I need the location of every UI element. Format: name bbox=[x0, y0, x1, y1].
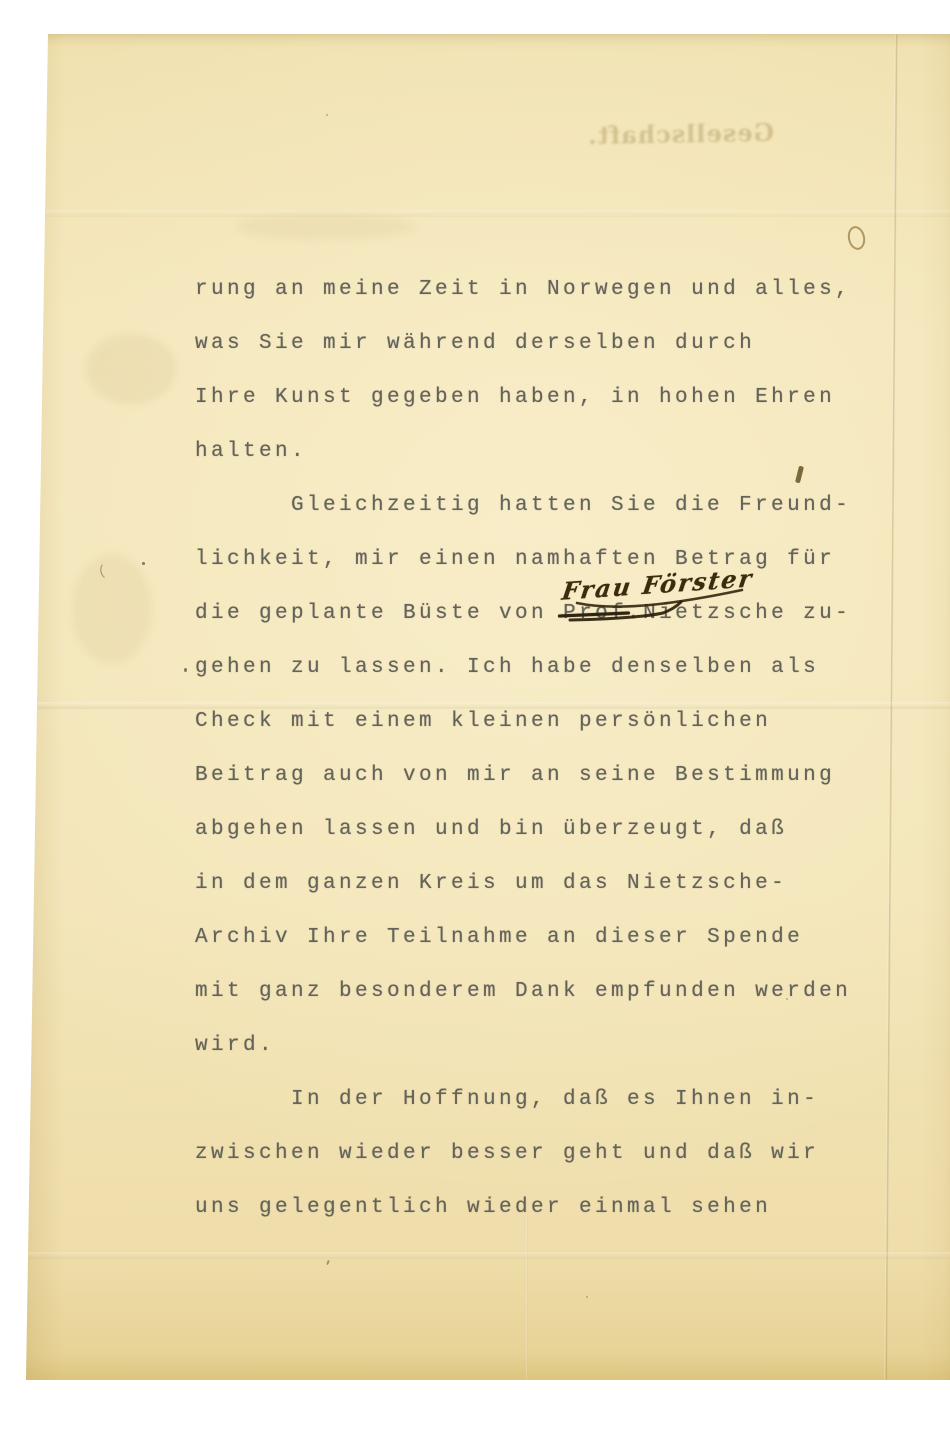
bleed-through-smudge bbox=[86, 334, 176, 404]
fold-crease-horizontal-bottom bbox=[26, 1252, 950, 1259]
letter-line: halten. bbox=[195, 425, 915, 479]
bleed-through-smudge bbox=[72, 554, 152, 664]
stray-ink-dot bbox=[326, 1260, 330, 1265]
letter-line: Gleichzeitig hatten Sie die Freund- bbox=[195, 479, 915, 533]
dust-speck bbox=[586, 1296, 588, 1298]
letter-line: In der Hoffnung, daß es Ihnen in- bbox=[195, 1073, 915, 1127]
fold-crease-horizontal-top bbox=[26, 210, 950, 217]
letter-line: Ihre Kunst gegeben haben, in hohen Ehren bbox=[195, 371, 915, 425]
dust-speck bbox=[326, 114, 328, 116]
letter-line: Beitrag auch von mir an seine Bestimmung bbox=[195, 749, 915, 803]
letter-line: wird. bbox=[195, 1019, 915, 1073]
bleed-through-smudge bbox=[236, 214, 416, 240]
letter-line: Archiv Ihre Teilnahme an dieser Spende bbox=[195, 911, 915, 965]
letter-line: uns gelegentlich wieder einmal sehen bbox=[195, 1181, 915, 1235]
letter-lines: rung an meine Zeit in Norwegen und alles… bbox=[195, 263, 915, 1235]
letter-paper: Gesellschaft. rung an meine Zeit in Norw… bbox=[26, 34, 950, 1380]
fold-crease-vertical-2 bbox=[526, 1214, 528, 1380]
stray-ink-dot bbox=[142, 562, 145, 565]
stray-ink-dot bbox=[184, 668, 187, 672]
letter-line: in dem ganzen Kreis um das Nietzsche- bbox=[195, 857, 915, 911]
letter-line: zwischen wieder besser geht und daß wir bbox=[195, 1127, 915, 1181]
letter-line: Check mit einem kleinen persönlichen bbox=[195, 695, 915, 749]
handwriting-ink-stroke bbox=[530, 575, 780, 665]
dust-speck bbox=[786, 998, 788, 1000]
bleed-through-text: Gesellschaft. bbox=[524, 118, 774, 151]
pencil-oval-mark bbox=[846, 224, 868, 251]
letter-line: rung an meine Zeit in Norwegen und alles… bbox=[195, 263, 915, 317]
letter-line: mit ganz besonderem Dank empfunden werde… bbox=[195, 965, 915, 1019]
stray-paren-mark: ( bbox=[97, 563, 108, 580]
letter-line: abgehen lassen und bin überzeugt, daß bbox=[195, 803, 915, 857]
letter-line: was Sie mir während derselben durch bbox=[195, 317, 915, 371]
